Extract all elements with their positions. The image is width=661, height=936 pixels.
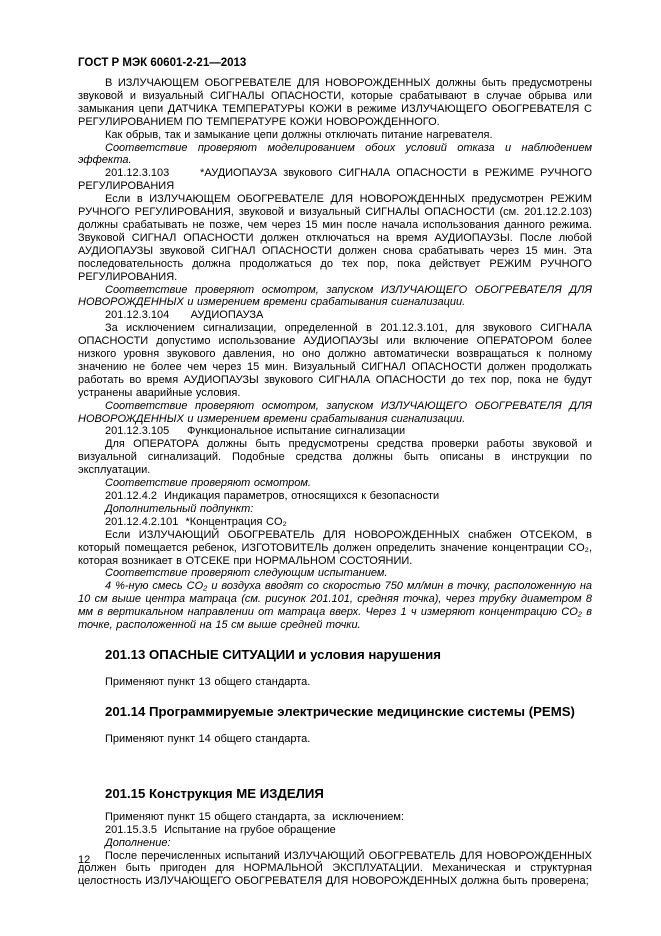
compliance-note-failure-simulation: Соответствие проверяют моделированием об… [78, 142, 592, 168]
clause-201-12-3-103-title: 201.12.3.103 *АУДИОПАУЗА звукового СИГНА… [78, 167, 592, 193]
paragraph-requirement-skin-sensor-alarm: В ИЗЛУЧАЮЩЕМ ОБОГРЕВАТЕЛЕ ДЛЯ НОВОРОЖДЕН… [78, 77, 592, 129]
document-content: ГОСТ Р МЭК 60601-2-21—2013 В ИЗЛУЧАЮЩЕМ … [78, 57, 592, 888]
compliance-note-alarm-timing-1: Соответствие проверяют осмотром, запуско… [78, 284, 592, 310]
paragraph-apply-clause-13: Применяют пункт 13 общего стандарта. [78, 676, 592, 689]
paragraph-apply-clause-14: Применяют пункт 14 общего стандарта. [78, 733, 592, 746]
compliance-note-inspection: Соответствие проверяют осмотром. [78, 477, 592, 490]
paragraph-apply-clause-15: Применяют пункт 15 общего стандарта, за … [78, 811, 592, 824]
paragraph-manual-mode-alarm-sequence: Если в ИЗЛУЧАЮЩЕМ ОБОГРЕВАТЕЛЕ ДЛЯ НОВОР… [78, 193, 592, 283]
paragraph-co2-test-procedure: 4 %-ную смесь CO₂ и воздуха вводят со ск… [78, 580, 592, 632]
clause-201-12-4-2-101-title: 201.12.4.2.101 *Концентрация CO₂ [78, 516, 592, 529]
clause-201-12-4-2-title: 201.12.4.2 Индикация параметров, относящ… [78, 490, 592, 503]
page-number: 12 [78, 854, 90, 866]
document-page: ГОСТ Р МЭК 60601-2-21—2013 В ИЗЛУЧАЮЩЕМ … [0, 0, 661, 936]
section-heading-201-13: 201.13 ОПАСНЫЕ СИТУАЦИИ и условия наруше… [78, 647, 592, 662]
section-heading-201-15: 201.15 Конструкция МЕ ИЗДЕЛИЯ [78, 786, 592, 801]
note-additional-subclause: Дополнительный подпункт: [78, 503, 592, 516]
clause-201-15-3-5-title: 201.15.3.5 Испытание на грубое обращение [78, 824, 592, 837]
paragraph-operator-alarm-check: Для ОПЕРАТОРА должны быть предусмотрены … [78, 438, 592, 477]
paragraph-co2-concentration-requirement: Если ИЗЛУЧАЮЩИЙ ОБОГРЕВАТЕЛЬ ДЛЯ НОВОРОЖ… [78, 529, 592, 568]
standard-designation-header: ГОСТ Р МЭК 60601-2-21—2013 [78, 57, 592, 69]
clause-201-12-3-105-title: 201.12.3.105 Функциональное испытание си… [78, 425, 592, 438]
note-addition: Дополнение: [78, 837, 592, 850]
paragraph-rough-handling-result: После перечисленных испытаний ИЗЛУЧАЮЩИЙ… [78, 850, 592, 889]
compliance-note-following-test: Соответствие проверяют следующим испытан… [78, 567, 592, 580]
paragraph-heater-power-cutoff: Как обрыв, так и замыкание цепи должны о… [78, 129, 592, 142]
compliance-note-alarm-timing-2: Соответствие проверяют осмотром, запуско… [78, 400, 592, 426]
paragraph-audio-pause-rules: За исключением сигнализации, определенно… [78, 322, 592, 399]
clause-201-12-3-104-title: 201.12.3.104 АУДИОПАУЗА [78, 309, 592, 322]
section-heading-201-14: 201.14 Программируемые электрические мед… [78, 704, 592, 719]
